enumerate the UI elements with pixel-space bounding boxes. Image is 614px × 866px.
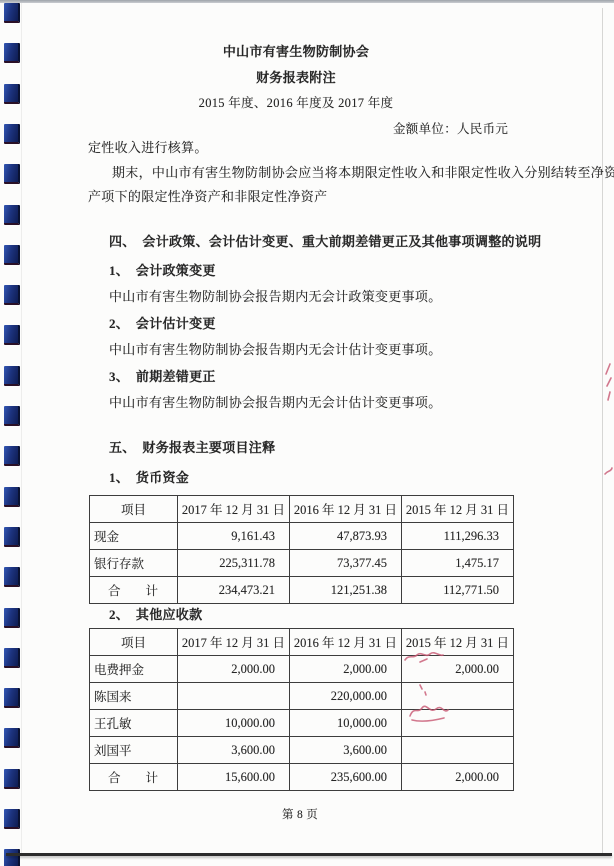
org-name: 中山市有害生物防制协会	[0, 41, 592, 60]
binder-ring	[4, 285, 20, 305]
table-row: 电费押金 2,000.00 2,000.00 2,000.00	[90, 656, 514, 683]
intro-fragment: 定性收入进行核算。	[88, 137, 208, 156]
table-header-row: 项目 2017 年 12 月 31 日 2016 年 12 月 31 日 201…	[90, 496, 514, 523]
binder-ring	[4, 728, 20, 748]
binder-ring	[4, 487, 20, 507]
cell-2017: 234,473.21	[178, 577, 290, 604]
binder-ring	[4, 124, 20, 144]
paragraph-line-1: 期末，中山市有害生物防制协会应当将本期限定性收入和非限定性收入分别结转至净资	[112, 162, 614, 181]
document-title: 财务报表附注	[0, 67, 592, 86]
table-row: 现金 9,161.43 47,873.93 111,296.33	[90, 523, 514, 550]
row-label: 现金	[90, 523, 178, 550]
section4-item1-text: 中山市有害生物防制协会报告期内无会计政策变更事项。	[109, 286, 442, 305]
col-header-2016: 2016 年 12 月 31 日	[290, 629, 402, 656]
table-row: 银行存款 225,311.78 73,377.45 1,475.17	[90, 550, 514, 577]
section5-heading: 五、 财务报表主要项目注释	[109, 437, 275, 456]
col-header-2015: 2015 年 12 月 31 日	[402, 496, 514, 523]
table-total-row: 合 计 234,473.21 121,251.38 112,771.50	[90, 577, 514, 604]
monetary-funds-heading: 1、 货币资金	[109, 467, 189, 486]
cell-2016: 121,251.38	[290, 577, 402, 604]
cell-2016: 47,873.93	[290, 523, 402, 550]
row-label: 王孔敏	[90, 710, 178, 737]
binder-ring	[4, 366, 20, 386]
binder-ring	[4, 164, 20, 184]
paper-right-edge	[602, 8, 603, 853]
cell-2016: 235,600.00	[290, 764, 402, 791]
cell-2017: 2,000.00	[178, 656, 290, 683]
cell-2017: 225,311.78	[178, 550, 290, 577]
binder-ring	[4, 406, 20, 426]
binder-ring	[4, 245, 20, 265]
binder-ring	[4, 688, 20, 708]
section4-item2-text: 中山市有害生物防制协会报告期内无会计估计变更事项。	[109, 339, 442, 358]
binder-ring	[4, 608, 20, 628]
cell-2015	[402, 737, 514, 764]
red-pen-annotation	[416, 682, 432, 702]
red-pen-annotation	[404, 700, 452, 724]
cell-2017: 9,161.43	[178, 523, 290, 550]
row-label: 刘国平	[90, 737, 178, 764]
binder-ring	[4, 527, 20, 547]
binder-ring	[4, 648, 20, 668]
scanned-page: 中山市有害生物防制协会 财务报表附注 2015 年度、2016 年度及 2017…	[0, 0, 614, 866]
cell-2017: 3,600.00	[178, 737, 290, 764]
cell-2016: 10,000.00	[290, 710, 402, 737]
col-header-2017: 2017 年 12 月 31 日	[178, 496, 290, 523]
binder-ring	[4, 567, 20, 587]
col-header-2017: 2017 年 12 月 31 日	[178, 629, 290, 656]
cell-2015: 2,000.00	[402, 764, 514, 791]
col-header-2016: 2016 年 12 月 31 日	[290, 496, 402, 523]
row-label: 合 计	[90, 764, 178, 791]
col-header-item: 项目	[90, 496, 178, 523]
cell-2016: 3,600.00	[290, 737, 402, 764]
section4-item3-text: 中山市有害生物防制协会报告期内无会计估计变更事项。	[109, 392, 442, 411]
binder-ring	[4, 3, 20, 23]
section4-item1-heading: 1、 会计政策变更	[109, 260, 216, 279]
red-pen-annotation	[602, 464, 614, 478]
report-period-line: 2015 年度、2016 年度及 2017 年度	[0, 93, 592, 111]
binder-ring	[4, 849, 20, 866]
binder-rail	[0, 0, 22, 866]
scan-top-edge	[0, 0, 614, 3]
binder-ring	[4, 446, 20, 466]
cell-2015: 111,296.33	[402, 523, 514, 550]
binder-ring	[4, 325, 20, 345]
red-pen-annotation	[402, 650, 446, 664]
section4-heading: 四、 会计政策、会计估计变更、重大前期差错更正及其他事项调整的说明	[109, 231, 541, 250]
cell-2017: 15,600.00	[178, 764, 290, 791]
row-label: 电费押金	[90, 656, 178, 683]
table-row: 刘国平 3,600.00 3,600.00	[90, 737, 514, 764]
monetary-funds-table: 项目 2017 年 12 月 31 日 2016 年 12 月 31 日 201…	[89, 495, 514, 604]
section4-item3-heading: 3、 前期差错更正	[109, 366, 216, 385]
section4-item2-heading: 2、 会计估计变更	[109, 313, 216, 332]
row-label: 陈国来	[90, 683, 178, 710]
other-receivables-heading: 2、 其他应收款	[109, 604, 202, 623]
cell-2016: 2,000.00	[290, 656, 402, 683]
cell-2016: 73,377.45	[290, 550, 402, 577]
cell-2015: 112,771.50	[402, 577, 514, 604]
cell-2015: 1,475.17	[402, 550, 514, 577]
cell-2017	[178, 683, 290, 710]
binder-ring	[4, 205, 20, 225]
table-header-row: 项目 2017 年 12 月 31 日 2016 年 12 月 31 日 201…	[90, 629, 514, 656]
row-label: 合 计	[90, 577, 178, 604]
page-number: 第 8 页	[0, 806, 600, 822]
red-pen-annotation	[600, 360, 614, 404]
paper-left-shadow	[21, 3, 22, 853]
scan-bottom-edge	[6, 853, 612, 856]
col-header-item: 项目	[90, 629, 178, 656]
cell-2016: 220,000.00	[290, 683, 402, 710]
binder-ring	[4, 769, 20, 789]
row-label: 银行存款	[90, 550, 178, 577]
paragraph-line-2: 产项下的限定性净资产和非限定性净资产	[88, 186, 327, 205]
table-total-row: 合 计 15,600.00 235,600.00 2,000.00	[90, 764, 514, 791]
currency-unit-note: 金额单位：人民币元	[393, 119, 508, 137]
cell-2017: 10,000.00	[178, 710, 290, 737]
